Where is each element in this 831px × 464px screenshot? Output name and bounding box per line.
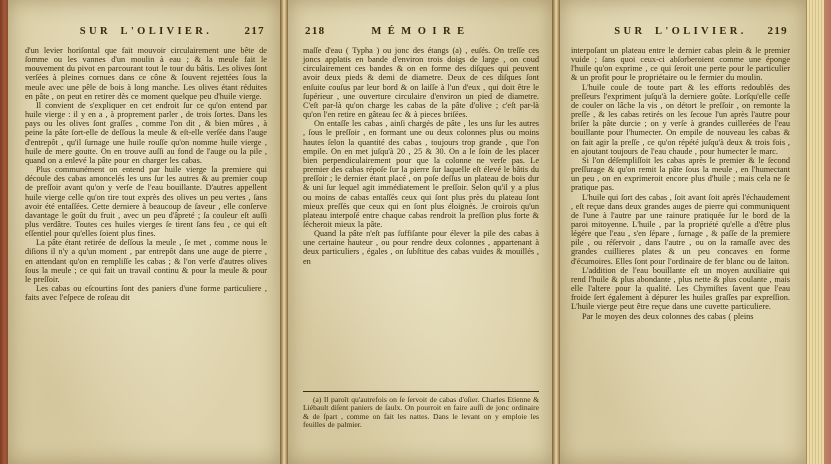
page-header: SUR L'OLIVIER. 219 [571,24,790,39]
page-body: interpoſant un plateau entre le dernier … [571,46,790,321]
paragraph: La pâte étant retirée de deſſous la meul… [25,238,267,284]
paragraph: Par le moyen des deux colonnes des cabas… [571,312,790,321]
paragraph: On entaſſe les cabas , ainſi chargés de … [303,119,539,229]
paragraph: L'addition de l'eau bouillante eſt un mo… [571,266,790,312]
paragraph: Plus communément on entend par huile vie… [25,165,267,238]
book-fore-edge [806,0,824,464]
paragraph: Quand la pâte n'eſt pas ſuffiſante pour … [303,229,539,266]
running-title: SUR L'OLIVIER. [571,24,790,39]
page-number: 219 [768,24,788,39]
paragraph: L'huile coule de toute part & les effort… [571,83,790,156]
page-body: maſſe d'eau ( Typha ) ou jonc des étangs… [303,46,539,266]
footnote-block: (a) Il paroît qu'autrefois on ſe ſervoit… [303,387,539,456]
page-219: SUR L'OLIVIER. 219 interpoſant un platea… [560,0,806,464]
page-gutter [280,0,288,464]
paragraph: d'un levier horiſontal que fait mouvoir … [25,46,267,101]
page-218: MÉMOIRE 218 maſſe d'eau ( Typha ) ou jon… [288,0,552,464]
footnote-text: (a) Il paroît qu'autrefois on ſe ſervoit… [303,396,539,430]
running-title: SUR L'OLIVIER. [25,24,267,39]
page-gutter [552,0,560,464]
page-number: 218 [305,24,325,39]
paragraph: Si l'on déſempliſſoit les cabas après le… [571,156,790,193]
page-217: SUR L'OLIVIER. 217 d'un levier horiſonta… [8,0,280,464]
paragraph: Il convient de s'expliquer en cet endroi… [25,101,267,165]
book-scan: SUR L'OLIVIER. 217 d'un levier horiſonta… [0,0,831,464]
paragraph: interpoſant un plateau entre le dernier … [571,46,790,83]
page-body: d'un levier horiſontal que fait mouvoir … [25,46,267,302]
right-cover-edge [824,0,831,464]
running-title: MÉMOIRE [303,24,539,39]
page-number: 217 [245,24,265,39]
paragraph: maſſe d'eau ( Typha ) ou jonc des étangs… [303,46,539,119]
paragraph: Les cabas ou eſcourtins ſont des paniers… [25,284,267,302]
page-header: SUR L'OLIVIER. 217 [25,24,267,39]
page-header: MÉMOIRE 218 [303,24,539,39]
book-spine-edge [0,0,8,464]
footnote-separator-rule [303,391,539,392]
paragraph: L'huile qui ſort des cabas , ſoit avant … [571,193,790,266]
